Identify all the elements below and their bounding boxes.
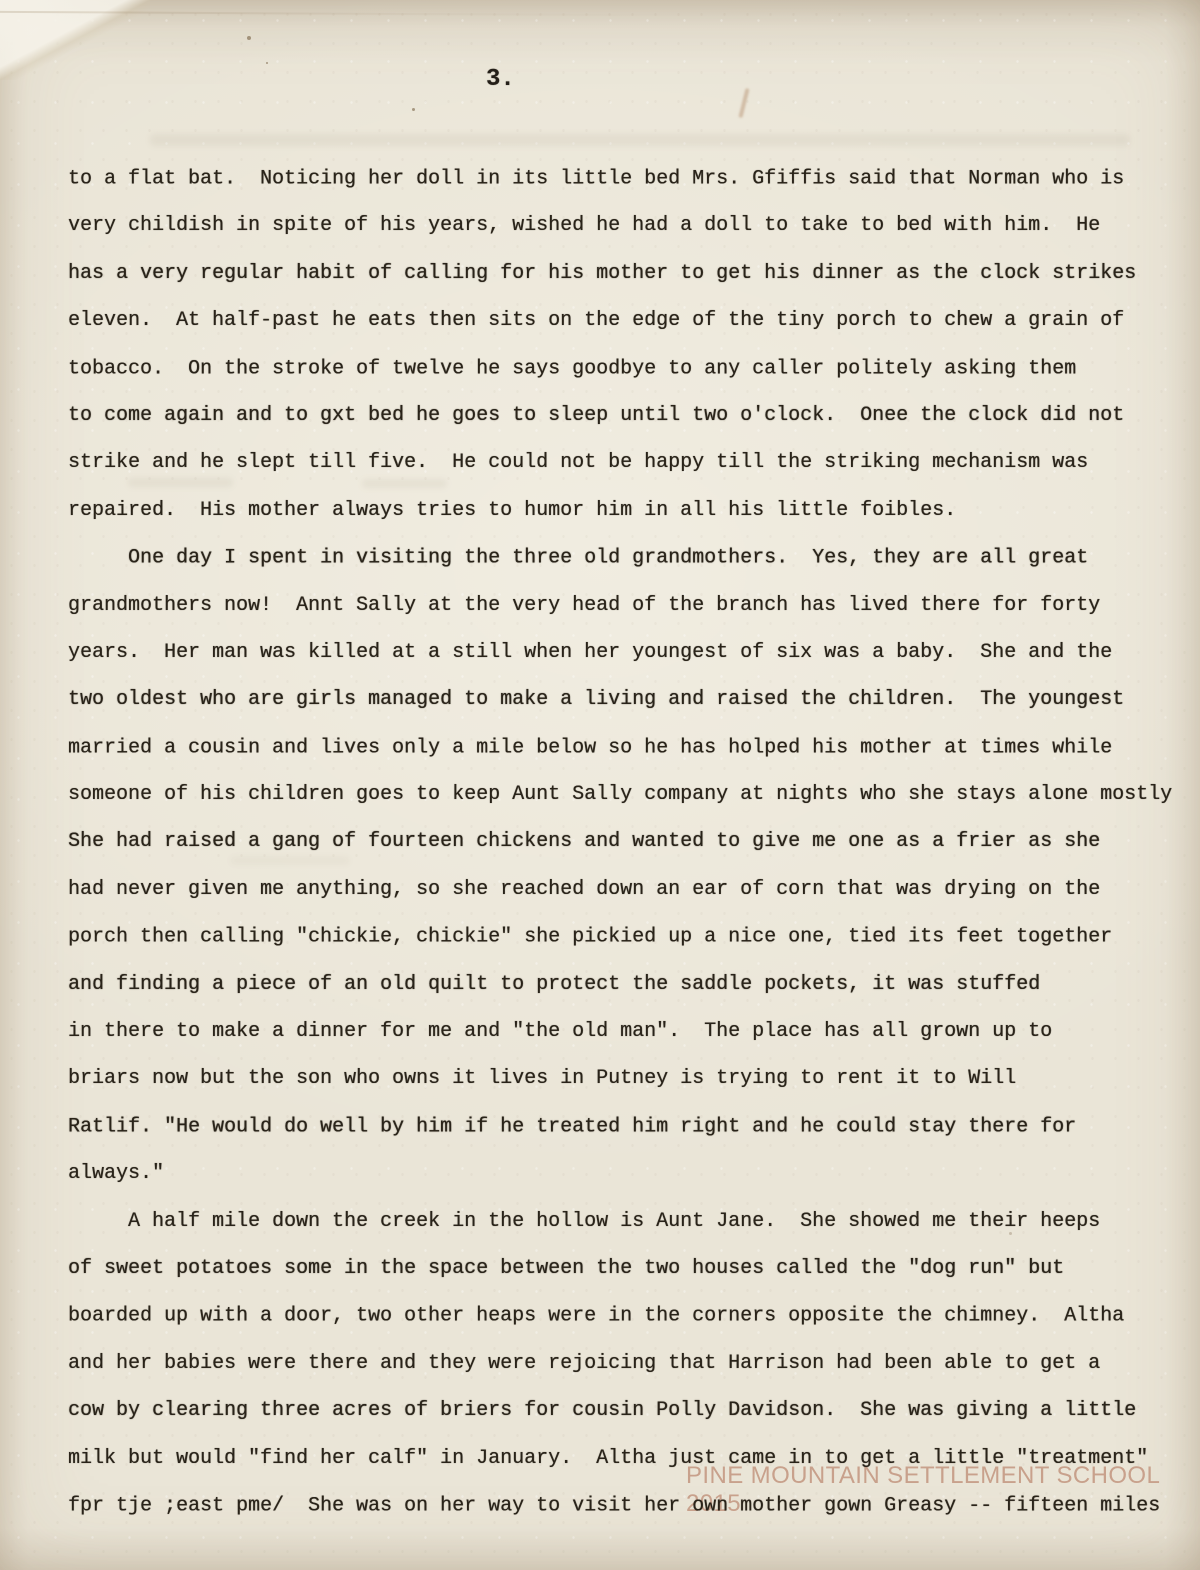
typed-line: very childish in spite of his years, wis… bbox=[68, 202, 1172, 249]
paper-speck bbox=[266, 62, 268, 64]
typed-line: in there to make a dinner for me and "th… bbox=[68, 1008, 1172, 1055]
typed-text-block: to a flat bat. Noticing her doll in its … bbox=[68, 155, 1172, 1529]
typed-line: to a flat bat. Noticing her doll in its … bbox=[68, 156, 1172, 203]
typed-line: repaired. His mother always tries to hum… bbox=[68, 487, 1172, 534]
scanned-typewritten-page: PINE MOUNTAIN SETTLEMENT SCHOOL 2015 3. … bbox=[0, 0, 1200, 1570]
typed-line: She had raised a gang of fourteen chicke… bbox=[68, 818, 1172, 865]
typed-line: and her babies were there and they were … bbox=[68, 1340, 1172, 1387]
typed-line: eleven. At half-past he eats then sits o… bbox=[68, 297, 1172, 344]
typed-line: always." bbox=[68, 1150, 1172, 1197]
typed-line: cow by clearing three acres of briers fo… bbox=[68, 1387, 1172, 1434]
typed-line: One day I spent in visiting the three ol… bbox=[68, 535, 1172, 582]
typed-line: two oldest who are girls managed to make… bbox=[68, 676, 1172, 723]
typed-line: tobacco. On the stroke of twelve he says… bbox=[68, 345, 1172, 392]
typed-line: of sweet potatoes some in the space betw… bbox=[68, 1245, 1172, 1292]
typed-line: married a cousin and lives only a mile b… bbox=[68, 724, 1172, 771]
paper-crease bbox=[0, 11, 1200, 19]
typed-line: strike and he slept till five. He could … bbox=[68, 439, 1172, 486]
typed-line: and finding a piece of an old quilt to p… bbox=[68, 961, 1172, 1008]
typed-line: has a very regular habit of calling for … bbox=[68, 250, 1172, 297]
typed-line: fpr tje ;east pme/ She was on her way to… bbox=[68, 1482, 1172, 1529]
typed-line: milk but would "find her calf" in Januar… bbox=[68, 1435, 1172, 1482]
paper-speck bbox=[247, 36, 251, 40]
typed-line: A half mile down the creek in the hollow… bbox=[68, 1198, 1172, 1245]
paper-crease-mark bbox=[738, 88, 749, 118]
typed-line: briars now but the son who owns it lives… bbox=[68, 1055, 1172, 1102]
typed-line: years. Her man was killed at a still whe… bbox=[68, 629, 1172, 676]
typed-line: Ratlif. "He would do well by him if he t… bbox=[68, 1103, 1172, 1150]
typed-line: someone of his children goes to keep Aun… bbox=[68, 771, 1172, 818]
ink-bleedthrough-smudge bbox=[150, 134, 1130, 146]
typed-line: porch then calling "chickie, chickie" sh… bbox=[68, 914, 1172, 961]
paper-speck bbox=[412, 108, 415, 111]
typed-line: boarded up with a door, two other heaps … bbox=[68, 1293, 1172, 1340]
typed-line: to come again and to gxt bed he goes to … bbox=[68, 392, 1172, 439]
page-number: 3. bbox=[486, 66, 515, 93]
typed-line: had never given me anything, so she reac… bbox=[68, 866, 1172, 913]
typed-line: grandmothers now! Annt Sally at the very… bbox=[68, 582, 1172, 629]
